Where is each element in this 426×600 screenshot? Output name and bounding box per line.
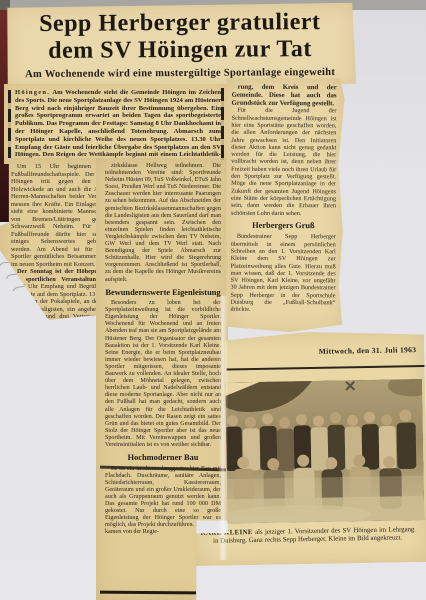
- intro-paragraph: Höingen. Am Wochenende steht die Gemeind…: [4, 84, 230, 164]
- right-paragraph-2: Bundestrainer Sepp Herberger übermittelt…: [230, 233, 335, 314]
- newspaper-clipping-scan: Sepp Herberger gratuliert dem SV Höingen…: [0, 0, 426, 600]
- middle-paragraph-3: Es ist ein moderner langgestreckter Bau …: [105, 466, 221, 537]
- x-mark: ✕: [344, 379, 357, 396]
- photo-caption: KARL KLEINE als jetziger 1. Vorsitzender…: [200, 526, 414, 546]
- middle-paragraph-1: zirksklasse Hellweg teilnehmen. Die teil…: [105, 163, 221, 284]
- intro-box-rule-left: [8, 90, 11, 158]
- headline-line2: dem SV Höingen zur Tat: [4, 36, 356, 65]
- left-paragraph-2-lead: Der Sonntag ist der Höhepunkt der sportl…: [11, 268, 107, 283]
- right-lead-paragraph: rung, dem Kreis und der Gemeinde. Diese …: [232, 84, 337, 108]
- newspaper-dateline: Mittwoch, den 31. Juli 1963: [319, 345, 417, 356]
- headline-clipping: Sepp Herberger gratuliert dem SV Höingen…: [4, 3, 357, 91]
- left-paragraph-1: Um 15 Uhr beginnen die Fußballfreundscha…: [11, 163, 107, 268]
- section-heading-eigenleistung: Bewundernswerte Eigenleistung: [105, 288, 221, 298]
- headline-line1: Sepp Herberger gratuliert: [4, 3, 356, 38]
- group-photo: ✕: [224, 379, 424, 523]
- section-heading-hochmoderner-bau: Hochmoderner Bau: [105, 453, 221, 463]
- middle-paragraph-2: Besonders zu loben bei der Sportplatzein…: [105, 300, 221, 449]
- right-paragraph-1: Für die Jugend der Schnellwachstumsgemei…: [231, 107, 337, 217]
- right-column: rung, dem Kreis und der Gemeinde. Diese …: [225, 78, 344, 333]
- group-photo-illustration: [224, 379, 424, 523]
- intro-dateline-lead: Höingen.: [15, 89, 50, 96]
- section-heading-herbergers-gruss: Herbergers Gruß: [231, 221, 336, 231]
- paper-fold-crease: [218, 296, 228, 560]
- newspaper-header-rule: [227, 365, 425, 370]
- intro-text: Am Wochenende steht die Gemeinde Höingen…: [15, 89, 221, 164]
- intro-box-rule-right: [221, 88, 224, 160]
